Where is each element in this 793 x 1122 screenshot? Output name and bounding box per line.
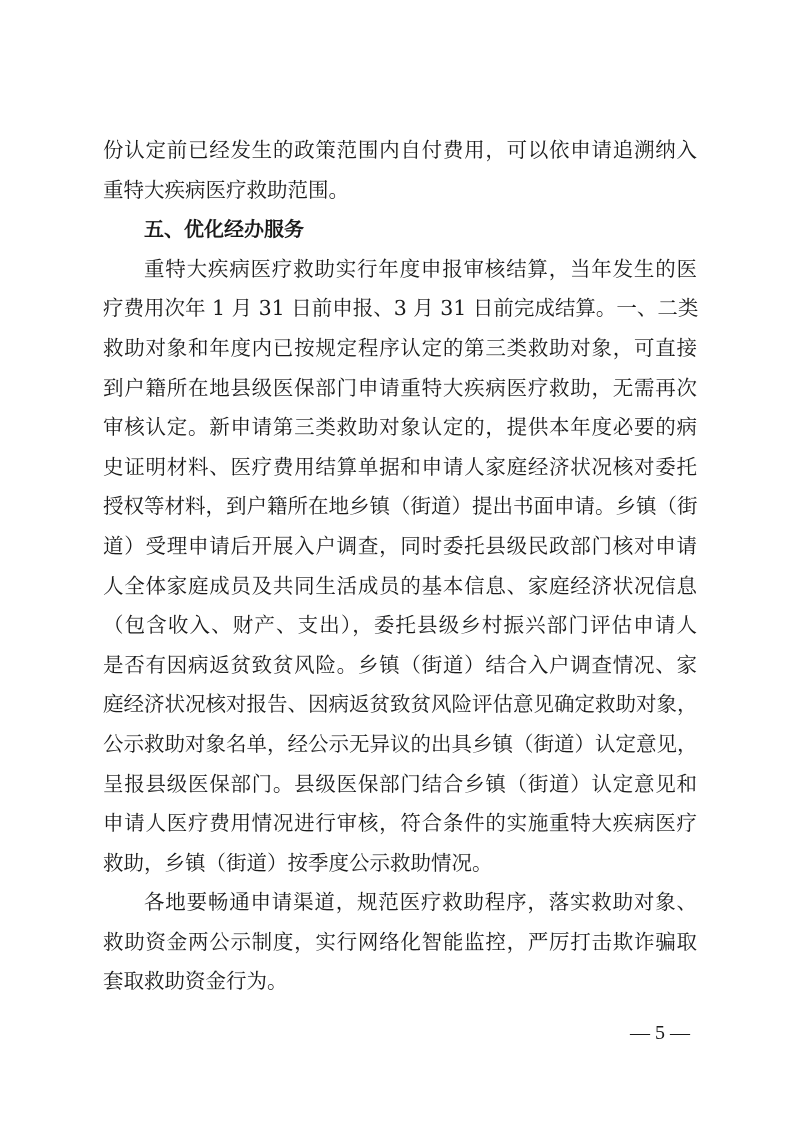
paragraph-line: 是否有因病返贫致贫风险。乡镇（街道）结合入户调查情况、家 (103, 646, 697, 686)
paragraph-line: 人全体家庭成员及共同生活成员的基本信息、家庭经济状况信息 (103, 567, 697, 607)
paragraph-line: 救助，乡镇（街道）按季度公示救助情况。 (103, 844, 697, 884)
page-number: — 5 — (620, 1022, 700, 1045)
paragraph-line: 到户籍所在地县级医保部门申请重特大疾病医疗救助，无需再次 (103, 369, 697, 409)
paragraph-line: 史证明材料、医疗费用结算单据和申请人家庭经济状况核对委托 (103, 448, 697, 488)
paragraph-line: （包含收入、财产、支出），委托县级乡村振兴部门评估申请人 (103, 606, 697, 646)
paragraph-line: 申请人医疗费用情况进行审核，符合条件的实施重特大疾病医疗 (103, 804, 697, 844)
paragraph-line: 道）受理申请后开展入户调查，同时委托县级民政部门核对申请 (103, 527, 697, 567)
paragraph-line: 各地要畅通申请渠道，规范医疗救助程序，落实救助对象、 (103, 883, 697, 923)
section-heading: 五、优化经办服务 (103, 210, 697, 250)
paragraph-line: 份认定前已经发生的政策范围内自付费用，可以依申请追溯纳入 (103, 131, 697, 171)
paragraph-line: 重特大疾病医疗救助实行年度申报审核结算，当年发生的医 (103, 250, 697, 290)
paragraph-line: 救助对象和年度内已按规定程序认定的第三类救助对象，可直接 (103, 329, 697, 369)
paragraph-line: 重特大疾病医疗救助范围。 (103, 171, 697, 211)
paragraph-line: 疗费用次年 1 月 31 日前申报、3 月 31 日前完成结算。一、二类 (103, 289, 697, 329)
paragraph-line: 套取救助资金行为。 (103, 962, 697, 1002)
paragraph-line: 救助资金两公示制度，实行网络化智能监控，严厉打击欺诈骗取 (103, 923, 697, 963)
paragraph-line: 庭经济状况核对报告、因病返贫致贫风险评估意见确定救助对象， (103, 685, 697, 725)
paragraph-line: 公示救助对象名单，经公示无异议的出具乡镇（街道）认定意见， (103, 725, 697, 765)
paragraph-line: 呈报县级医保部门。县级医保部门结合乡镇（街道）认定意见和 (103, 765, 697, 805)
paragraph-line: 审核认定。新申请第三类救助对象认定的，提供本年度必要的病 (103, 408, 697, 448)
paragraph-line: 授权等材料，到户籍所在地乡镇（街道）提出书面申请。乡镇（街 (103, 487, 697, 527)
document-page: 份认定前已经发生的政策范围内自付费用，可以依申请追溯纳入 重特大疾病医疗救助范围… (103, 131, 697, 1002)
